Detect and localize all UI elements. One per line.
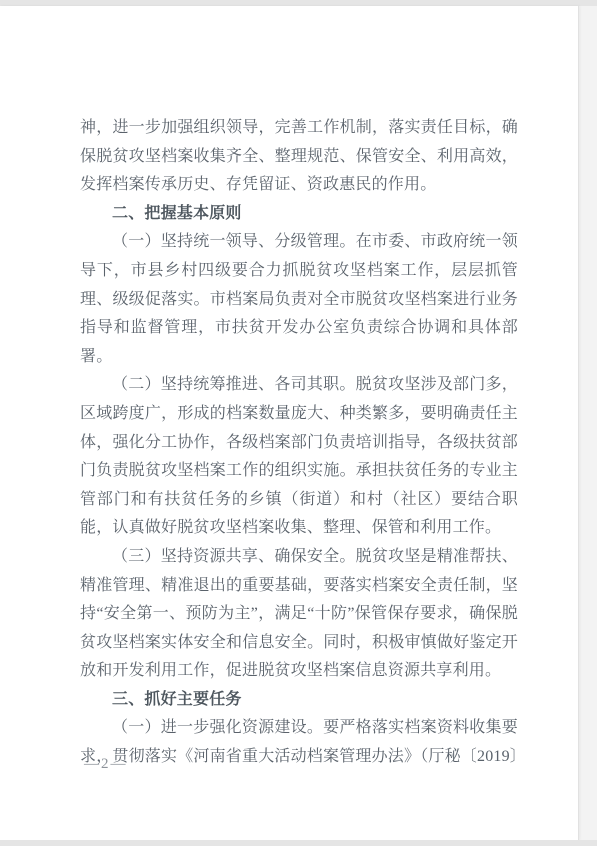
paragraph-continuation: 神，进一步加强组织领导，完善工作机制，落实责任目标，确保脱贫攻坚档案收集齐全、整… <box>80 114 518 200</box>
document-body: 神，进一步加强组织领导，完善工作机制，落实责任目标，确保脱贫攻坚档案收集齐全、整… <box>80 114 518 772</box>
document-page: 神，进一步加强组织领导，完善工作机制，落实责任目标，确保脱贫攻坚档案收集齐全、整… <box>0 6 579 840</box>
paragraph-task-1: （一）进一步强化资源建设。要严格落实档案资料收集要求，贯彻落实《河南省重大活动档… <box>80 714 518 771</box>
scan-backdrop: 神，进一步加强组织领导，完善工作机制，落实责任目标，确保脱贫攻坚档案收集齐全、整… <box>0 0 597 846</box>
paragraph-clause-1: （一）坚持统一领导、分级管理。在市委、市政府统一领导下，市县乡村四级要合力抓脱贫… <box>80 228 518 371</box>
paragraph-clause-3: （三）坚持资源共享、确保安全。脱贫攻坚是精准帮扶、精准管理、精准退出的重要基础，… <box>80 543 518 686</box>
heading-section-2: 二、把握基本原则 <box>80 200 518 229</box>
scan-edge-bottom <box>0 840 597 846</box>
page-number: —2— <box>84 756 128 773</box>
heading-section-3: 三、抓好主要任务 <box>80 686 518 715</box>
paragraph-clause-2: （二）坚持统筹推进、各司其职。脱贫攻坚涉及部门多，区域跨度广，形成的档案数量庞大… <box>80 371 518 543</box>
